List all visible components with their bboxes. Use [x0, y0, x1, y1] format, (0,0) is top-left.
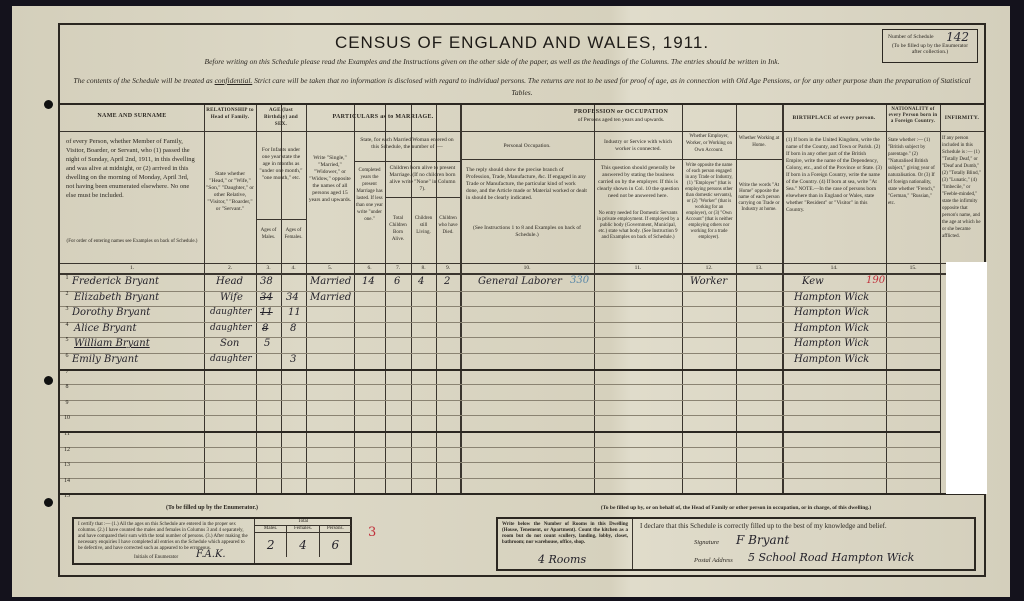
confidential-word: confidential.: [215, 76, 253, 85]
table-rule: [60, 263, 984, 264]
col-num: 1.: [60, 265, 204, 272]
table-row: 2 Elizabeth Bryant Wife 34 34 Married Ha…: [60, 291, 940, 308]
col-num: 5.: [306, 265, 354, 272]
row-number: 2: [62, 291, 72, 297]
col-industry-instructions: This question should generally be answer…: [594, 165, 682, 200]
age-male-cell: 38: [260, 276, 273, 287]
col-num: 13.: [736, 265, 782, 272]
years-married-cell: 14: [362, 276, 375, 287]
col-num: 14.: [782, 265, 886, 272]
redacted-area: [946, 262, 987, 494]
birthplace-cell: Hampton Wick: [794, 292, 869, 303]
col-num: 11.: [594, 265, 682, 272]
age-male-cell-struck: 11: [260, 307, 273, 318]
address-label: Postal Address: [694, 557, 733, 564]
row-number: 6: [62, 353, 72, 359]
table-row: 8: [60, 384, 940, 401]
initials-label: Initials of Enumerator: [134, 555, 178, 561]
age-male-cell-struck: 34: [260, 292, 273, 303]
footer-section: (To be filled up by the Enumerator.) I c…: [60, 493, 984, 577]
census-table: NAME AND SURNAME of every Person, whethe…: [60, 103, 984, 495]
col-relationship-instructions: State whether "Head," or "Wife," "Son," …: [204, 171, 256, 213]
confidential-suffix: Strict care will be taken that no inform…: [254, 76, 970, 97]
relationship-cell: Wife: [220, 292, 243, 303]
condition-cell: Married: [310, 292, 351, 303]
instruction-line: Before writing on this Schedule please r…: [60, 57, 924, 66]
age-male-cell-struck: 8: [262, 323, 268, 334]
declaration-text: I declare that this Schedule is correctl…: [640, 522, 887, 530]
col-home-instructions: Write the words "At Home" opposite the n…: [736, 183, 782, 213]
age-female-cell: 34: [286, 292, 299, 303]
children-living-cell: 4: [418, 276, 424, 287]
schedule-number-box: Number of Schedule 142 (To be filled up …: [882, 29, 978, 63]
row-number: 12: [62, 447, 72, 453]
table-row: 9: [60, 400, 940, 417]
birthplace-cell: Kew: [802, 276, 824, 287]
table-row: 13: [60, 462, 940, 479]
children-instructions: Children born alive to present Marriage.…: [385, 165, 460, 193]
row-number: 11: [62, 431, 72, 437]
red-annotation: 3: [368, 525, 376, 540]
table-rule: [460, 159, 594, 160]
table-rule: [354, 161, 460, 162]
col-children-living: Children still Living.: [411, 215, 436, 236]
signature: F Bryant: [736, 533, 789, 547]
col-condition-instructions: Write "Single," "Married," "Widower," or…: [306, 155, 354, 204]
table-rule: [385, 197, 460, 198]
occupation-code: 330: [570, 275, 589, 286]
col-children-died: Children who have Died.: [436, 215, 460, 236]
col-total-children: Total Children Born Alive.: [385, 215, 411, 243]
relationship-cell: daughter: [210, 307, 252, 317]
col-name-header: NAME AND SURNAME: [60, 113, 204, 120]
col-num: 8.: [411, 265, 436, 272]
birthplace-cell: Hampton Wick: [794, 338, 869, 349]
rooms-count: 4 Rooms: [538, 553, 586, 566]
table-row: 11: [60, 431, 940, 448]
table-row: 4 Alice Bryant daughter 8 8 Hampton Wick: [60, 322, 940, 339]
table-rule: [256, 219, 306, 220]
table-rule: [354, 131, 460, 132]
name-cell: Elizabeth Bryant: [74, 292, 159, 303]
age-female-cell: 3: [290, 354, 296, 365]
col-employer-instructions: Write opposite the name of each person e…: [682, 163, 736, 241]
col-employer-title: Whether Employer, Worker, or Working on …: [682, 133, 736, 154]
birthplace-cell: Hampton Wick: [794, 307, 869, 318]
age-male-cell: 5: [264, 338, 270, 349]
col-name-instructions: of every Person, whether Member of Famil…: [64, 137, 200, 200]
birthplace-code: 190: [866, 275, 885, 286]
col-occupation-title: Personal Occupation.: [460, 143, 594, 150]
postal-address: 5 School Road Hampton Wick: [748, 551, 914, 564]
confidential-prefix: The contents of the Schedule will be tre…: [73, 76, 212, 85]
row-number: 13: [62, 462, 72, 468]
row-number: 1: [62, 275, 72, 281]
row-number: 3: [62, 306, 72, 312]
census-rows: 1 Frederick Bryant Head 38 Married 14 6 …: [60, 275, 984, 495]
form-title: CENSUS OF ENGLAND AND WALES, 1911.: [60, 33, 984, 53]
col-age-females: Ages of Females.: [281, 227, 306, 241]
row-number: 7: [62, 369, 72, 375]
row-number: 10: [62, 415, 72, 421]
males-label: Males.: [255, 526, 286, 532]
col-nationality-instructions: State whether :— (1) "British subject by…: [886, 137, 940, 207]
col-num: 15.: [886, 265, 940, 272]
birthplace-cell: Hampton Wick: [794, 354, 869, 365]
col-age-males: Ages of Males.: [256, 227, 281, 241]
col-birthplace-header: BIRTHPLACE of every person.: [782, 115, 886, 122]
col-num: 4.: [281, 265, 306, 272]
col-num: 10.: [460, 265, 594, 272]
employment-status-cell: Worker: [690, 276, 727, 287]
punch-hole: [44, 376, 53, 385]
household-declaration: Write below the Number of Rooms in this …: [496, 517, 976, 571]
relationship-cell: daughter: [210, 354, 252, 364]
enumerator-initials: F.A.K.: [196, 549, 226, 560]
females-label: Females.: [286, 526, 318, 532]
table-rule: [594, 159, 682, 160]
table-rule: [460, 131, 782, 132]
age-female-cell: 8: [290, 323, 296, 334]
table-row: 5 William Bryant Son 5 Hampton Wick: [60, 337, 940, 354]
rooms-instruction: Write below the Number of Rooms in this …: [498, 519, 632, 549]
census-form: CENSUS OF ENGLAND AND WALES, 1911. Befor…: [58, 23, 986, 577]
col-profession-header: PROFESSION or OCCUPATION: [460, 109, 782, 116]
name-cell: Frederick Bryant: [72, 276, 159, 287]
col-industry-title: Industry or Service with which worker is…: [594, 139, 682, 153]
col-infirmity-header: INFIRMITY.: [940, 115, 984, 122]
married-woman-instructions: State, for each Married Woman entered on…: [354, 137, 460, 151]
children-died-cell: 2: [444, 276, 450, 287]
signature-label: Signature: [694, 539, 719, 546]
row-number: 14: [62, 478, 72, 484]
birthplace-cell: Hampton Wick: [794, 323, 869, 334]
punch-hole: [44, 100, 53, 109]
name-cell: William Bryant: [74, 338, 150, 349]
confidentiality-notice: The contents of the Schedule will be tre…: [68, 75, 976, 99]
punch-hole: [44, 498, 53, 507]
total-label: Total: [255, 519, 351, 526]
name-cell: Emily Bryant: [72, 354, 138, 365]
col-birthplace-instructions: (1) If born in the United Kingdom, write…: [784, 137, 884, 214]
col-name-note: (For order of entering names see Example…: [64, 238, 200, 245]
col-marriage-header: PARTICULARS as to MARRIAGE.: [306, 114, 460, 121]
total-males: 2: [255, 533, 286, 557]
table-row: 12: [60, 447, 940, 464]
table-rule: [736, 159, 782, 160]
col-nationality-header: NATIONALITY of every Person born in a Fo…: [886, 107, 940, 125]
persons-label: Persons.: [319, 526, 351, 532]
occupation-cell: General Laborer: [478, 276, 562, 287]
schedule-number: 142: [946, 30, 969, 44]
total-females: 4: [286, 533, 318, 557]
name-cell: Alice Bryant: [74, 323, 137, 334]
col-num: 2.: [204, 265, 256, 272]
col-relationship-header: RELATIONSHIP to Head of Family.: [204, 107, 256, 121]
relationship-cell: Son: [220, 338, 239, 349]
total-persons: 6: [319, 533, 351, 557]
age-female-cell: 11: [288, 307, 301, 318]
row-number: 4: [62, 322, 72, 328]
relationship-cell: Head: [216, 276, 243, 287]
household-heading: (To be filled up by, or on behalf of, th…: [496, 505, 976, 511]
enumerator-certify-text: I certify that :— (1.) All the ages on t…: [78, 522, 248, 552]
col-infirmity-instructions: If any person included in this Schedule …: [940, 135, 984, 240]
col-num: 12.: [682, 265, 736, 272]
col-profession-subtitle: of Persons aged ten years and upwards.: [460, 117, 782, 124]
relationship-cell: daughter: [210, 323, 252, 333]
schedule-note: (To be filled up by the Enumerator after…: [888, 43, 972, 55]
col-num: 9.: [436, 265, 460, 272]
table-rule: [281, 105, 282, 219]
row-number: 8: [62, 384, 72, 390]
table-row: 7: [60, 369, 940, 386]
table-row: 3 Dorothy Bryant daughter 11 11 Hampton …: [60, 306, 940, 323]
col-home-title: Whether Working at Home.: [736, 135, 782, 149]
condition-cell: Married: [310, 276, 351, 287]
table-row: 14: [60, 478, 940, 495]
enumerator-heading: (To be filled up by the Enumerator.): [72, 505, 352, 511]
name-cell: Dorothy Bryant: [72, 307, 150, 318]
col-years-married: Completed years the present Marriage has…: [354, 167, 385, 223]
table-rule: [682, 159, 736, 160]
row-number: 5: [62, 337, 72, 343]
col-occupation-note: (See Instructions 1 to 8 and Examples on…: [464, 225, 590, 239]
col-industry-note: No entry needed for Domestic Servants in…: [594, 211, 682, 241]
table-row: 1 Frederick Bryant Head 38 Married 14 6 …: [60, 275, 940, 292]
col-occupation-instructions: The reply should show the precise branch…: [464, 167, 590, 202]
col-num: 7.: [385, 265, 411, 272]
row-number: 9: [62, 400, 72, 406]
schedule-label: Number of Schedule: [888, 34, 934, 40]
total-children-cell: 6: [394, 276, 400, 287]
enumerator-certificate: I certify that :— (1.) All the ages on t…: [72, 517, 352, 565]
col-num: 3.: [256, 265, 281, 272]
col-num: 6.: [354, 265, 385, 272]
